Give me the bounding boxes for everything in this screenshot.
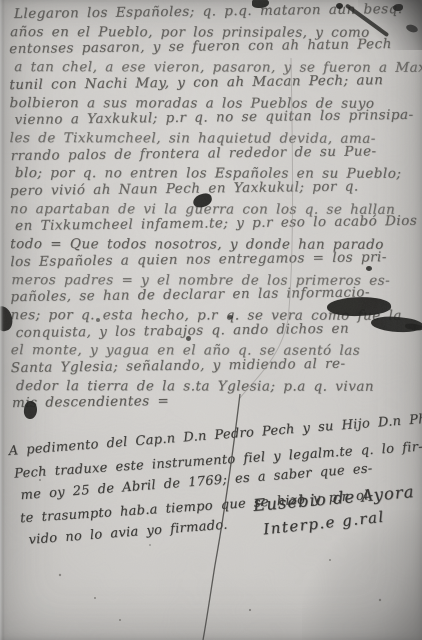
- ink-speck: [186, 336, 191, 341]
- ink-blot: [336, 3, 343, 9]
- text-line: en Tixkumcheel infamem.te; y p.r eso lo …: [15, 213, 420, 236]
- text-line: vienno a Yaxkukul; p.r q. no se quitan l…: [14, 107, 419, 130]
- ink-speck: [228, 315, 233, 319]
- text-line: mis descendientes =: [12, 390, 421, 413]
- ink-speck: [96, 318, 100, 322]
- corner-shadow-top-right: [358, 0, 422, 50]
- manuscript-page: Llegaron los Españoles; q. p.q. mataron …: [0, 0, 422, 640]
- main-text-block: Llegaron los Españoles; q. p.q. mataron …: [9, 4, 421, 413]
- corner-shadow-bottom-right: [302, 510, 422, 640]
- ink-speck: [366, 266, 372, 271]
- page-left-edge: [0, 0, 5, 640]
